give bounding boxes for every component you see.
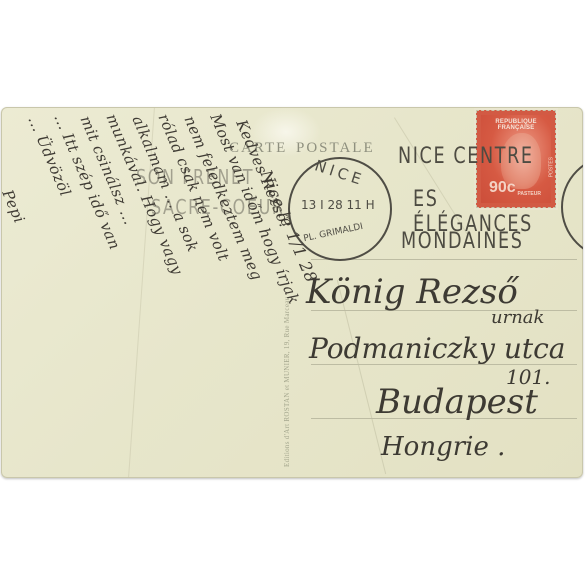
- printed-postale: POSTALE: [296, 140, 375, 157]
- message-signature: Pepi: [1, 187, 29, 226]
- recipient-name: König Rezső: [306, 272, 518, 312]
- address-country: Hongrie .: [381, 432, 505, 462]
- slogan-line-1: NICE CENTRE: [398, 144, 534, 169]
- publisher-imprint: Editions d'Art ROSTAN et MUNIER, 19, Rue…: [283, 297, 291, 467]
- postmark-date: 13 I 28 11 H: [301, 198, 375, 212]
- stamp-country: REPUBLIQUE FRANÇAISE: [481, 119, 551, 131]
- postmark-circle-second: [561, 155, 583, 259]
- address-street: Podmaniczky utca: [309, 332, 566, 365]
- slogan-line-3: MONDAINES: [401, 229, 524, 254]
- postcard-back: CARTE POSTALE SON FRENET SACRE-COEUR Edi…: [1, 107, 583, 478]
- recipient-title: urnak: [491, 307, 544, 328]
- stamp-side-label: POSTES: [548, 157, 554, 177]
- address-city: Budapest: [376, 382, 538, 422]
